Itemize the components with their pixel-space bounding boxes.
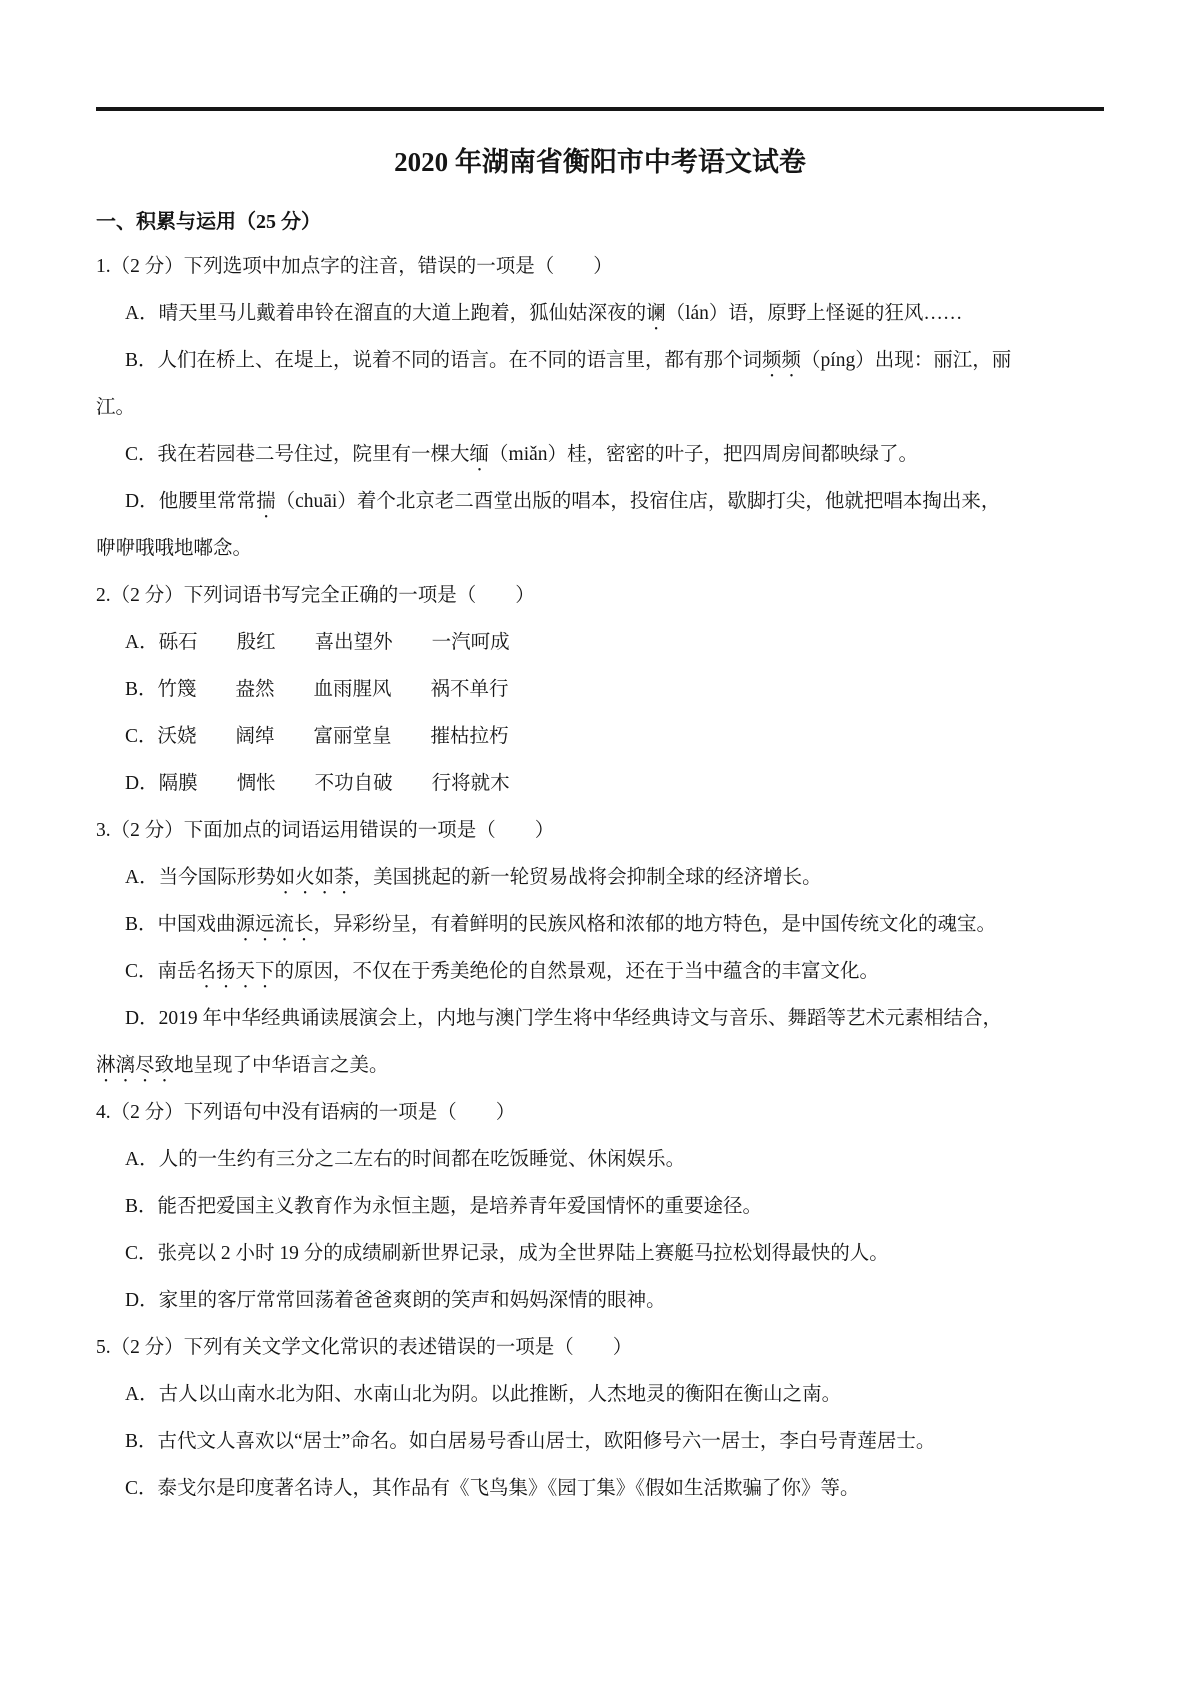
emphasized-word: 谰 bbox=[646, 303, 666, 324]
option-text-segment: ，异彩纷呈，有着鲜明的民族风格和浓郁的地方特色，是中国传统文化的魂宝。 bbox=[314, 914, 997, 935]
emphasized-word: 揣 bbox=[256, 491, 276, 512]
option-text-segment: 地呈现了中华语言之美。 bbox=[174, 1055, 389, 1076]
option-text-segment: C．南岳 bbox=[125, 961, 197, 982]
questions-block: 1.（2 分）下列选项中加点字的注音，错误的一项是（ ） A．晴天里马儿戴着串铃… bbox=[96, 243, 1104, 1512]
question-3: 3.（2 分）下面加点的词语运用错误的一项是（ ） A．当今国际形势如火如荼，美… bbox=[96, 807, 1104, 1089]
question-1-option-a: A．晴天里马儿戴着串铃在溜直的大道上跑着，狐仙姑深夜的谰（lán）语，原野上怪诞… bbox=[96, 290, 1104, 337]
header-rule bbox=[96, 107, 1104, 111]
option-text-segment: A．晴天里马儿戴着串铃在溜直的大道上跑着，狐仙姑深夜的 bbox=[125, 303, 646, 324]
option-text-segment: （chuāi）着个北京老二酉堂出版的唱本，投宿住店，歇脚打尖，他就把唱本掏出来， bbox=[276, 491, 1001, 512]
question-1-stem: 1.（2 分）下列选项中加点字的注音，错误的一项是（ ） bbox=[96, 243, 1104, 290]
question-1-option-d: D．他腰里常常揣（chuāi）着个北京老二酉堂出版的唱本，投宿住店，歇脚打尖，他… bbox=[96, 478, 1104, 525]
option-text-segment: （lán）语，原野上怪诞的狂风…… bbox=[666, 303, 963, 324]
question-1-option-b-continuation: 江。 bbox=[96, 384, 1104, 431]
exam-paper-page: 2020 年湖南省衡阳市中考语文试卷 一、积累与运用（25 分） 1.（2 分）… bbox=[0, 0, 1200, 1698]
question-4-option-b: B．能否把爱国主义教育作为永恒主题，是培养青年爱国情怀的重要途径。 bbox=[96, 1183, 1104, 1230]
option-text-segment: ，美国挑起的新一轮贸易战将会抑制全球的经济增长。 bbox=[354, 867, 822, 888]
page-content: 2020 年湖南省衡阳市中考语文试卷 一、积累与运用（25 分） 1.（2 分）… bbox=[0, 107, 1200, 1512]
question-5: 5.（2 分）下列有关文学文化常识的表述错误的一项是（ ） A．古人以山南水北为… bbox=[96, 1324, 1104, 1512]
question-5-option-c: C．泰戈尔是印度著名诗人，其作品有《飞鸟集》《园丁集》《假如生活欺骗了你》等。 bbox=[96, 1465, 1104, 1512]
question-1: 1.（2 分）下列选项中加点字的注音，错误的一项是（ ） A．晴天里马儿戴着串铃… bbox=[96, 243, 1104, 572]
option-text-segment: C．我在若园巷二号住过，院里有一棵大 bbox=[125, 444, 470, 465]
option-text-segment: （píng）出现：丽江，丽 bbox=[801, 350, 1011, 371]
option-text-segment: 的原因，不仅在于秀美绝伦的自然景观，还在于当中蕴含的丰富文化。 bbox=[275, 961, 880, 982]
question-3-option-d: D．2019 年中华经典诵读展演会上，内地与澳门学生将中华经典诗文与音乐、舞蹈等… bbox=[96, 995, 1104, 1042]
question-5-option-a: A．古人以山南水北为阳、水南山北为阴。以此推断，人杰地灵的衡阳在衡山之南。 bbox=[96, 1371, 1104, 1418]
question-2-option-c: C．沃娆 阔绰 富丽堂皇 摧枯拉朽 bbox=[96, 713, 1104, 760]
question-2-option-a: A．砾石 殷红 喜出望外 一汽呵成 bbox=[96, 619, 1104, 666]
question-5-option-b: B．古代文人喜欢以“居士”命名。如白居易号香山居士，欧阳修号六一居士，李白号青莲… bbox=[96, 1418, 1104, 1465]
question-3-option-b: B．中国戏曲源远流长，异彩纷呈，有着鲜明的民族风格和浓郁的地方特色，是中国传统文… bbox=[96, 901, 1104, 948]
question-2: 2.（2 分）下列词语书写完全正确的一项是（ ） A．砾石 殷红 喜出望外 一汽… bbox=[96, 572, 1104, 807]
option-text-segment: D．他腰里常常 bbox=[125, 491, 256, 512]
question-1-option-d-continuation: 咿咿哦哦地嘟念。 bbox=[96, 525, 1104, 572]
question-1-option-b: B．人们在桥上、在堤上，说着不同的语言。在不同的语言里，都有那个词频频（píng… bbox=[96, 337, 1104, 384]
question-3-stem: 3.（2 分）下面加点的词语运用错误的一项是（ ） bbox=[96, 807, 1104, 854]
option-text-segment: B．中国戏曲 bbox=[125, 914, 236, 935]
emphasized-word: 缅 bbox=[470, 444, 490, 465]
emphasized-word: 淋漓尽致 bbox=[96, 1055, 174, 1076]
question-3-option-c: C．南岳名扬天下的原因，不仅在于秀美绝伦的自然景观，还在于当中蕴含的丰富文化。 bbox=[96, 948, 1104, 995]
emphasized-word: 频频 bbox=[762, 350, 801, 371]
option-text-segment: A．当今国际形势 bbox=[125, 867, 276, 888]
question-4: 4.（2 分）下列语句中没有语病的一项是（ ） A．人的一生约有三分之二左右的时… bbox=[96, 1089, 1104, 1324]
question-4-option-c: C．张亮以 2 小时 19 分的成绩刷新世界记录，成为全世界陆上赛艇马拉松划得最… bbox=[96, 1230, 1104, 1277]
question-2-option-d: D．隔膜 惆怅 不功自破 行将就木 bbox=[96, 760, 1104, 807]
question-4-option-d: D．家里的客厅常常回荡着爸爸爽朗的笑声和妈妈深情的眼神。 bbox=[96, 1277, 1104, 1324]
question-3-option-d-continuation: 淋漓尽致地呈现了中华语言之美。 bbox=[96, 1042, 1104, 1089]
question-5-stem: 5.（2 分）下列有关文学文化常识的表述错误的一项是（ ） bbox=[96, 1324, 1104, 1371]
question-3-option-a: A．当今国际形势如火如荼，美国挑起的新一轮贸易战将会抑制全球的经济增长。 bbox=[96, 854, 1104, 901]
option-text-segment: B．人们在桥上、在堤上，说着不同的语言。在不同的语言里，都有那个词 bbox=[125, 350, 762, 371]
option-text-segment: （miǎn）桂，密密的叶子，把四周房间都映绿了。 bbox=[489, 444, 918, 465]
emphasized-word: 名扬天下 bbox=[197, 961, 275, 982]
page-title: 2020 年湖南省衡阳市中考语文试卷 bbox=[96, 143, 1104, 181]
question-4-option-a: A．人的一生约有三分之二左右的时间都在吃饭睡觉、休闲娱乐。 bbox=[96, 1136, 1104, 1183]
question-4-stem: 4.（2 分）下列语句中没有语病的一项是（ ） bbox=[96, 1089, 1104, 1136]
section-heading: 一、积累与运用（25 分） bbox=[96, 205, 1104, 239]
question-2-stem: 2.（2 分）下列词语书写完全正确的一项是（ ） bbox=[96, 572, 1104, 619]
question-1-option-c: C．我在若园巷二号住过，院里有一棵大缅（miǎn）桂，密密的叶子，把四周房间都映… bbox=[96, 431, 1104, 478]
question-2-option-b: B．竹篾 盎然 血雨腥风 祸不单行 bbox=[96, 666, 1104, 713]
emphasized-word: 如火如荼 bbox=[276, 867, 354, 888]
emphasized-word: 源远流长 bbox=[236, 914, 314, 935]
